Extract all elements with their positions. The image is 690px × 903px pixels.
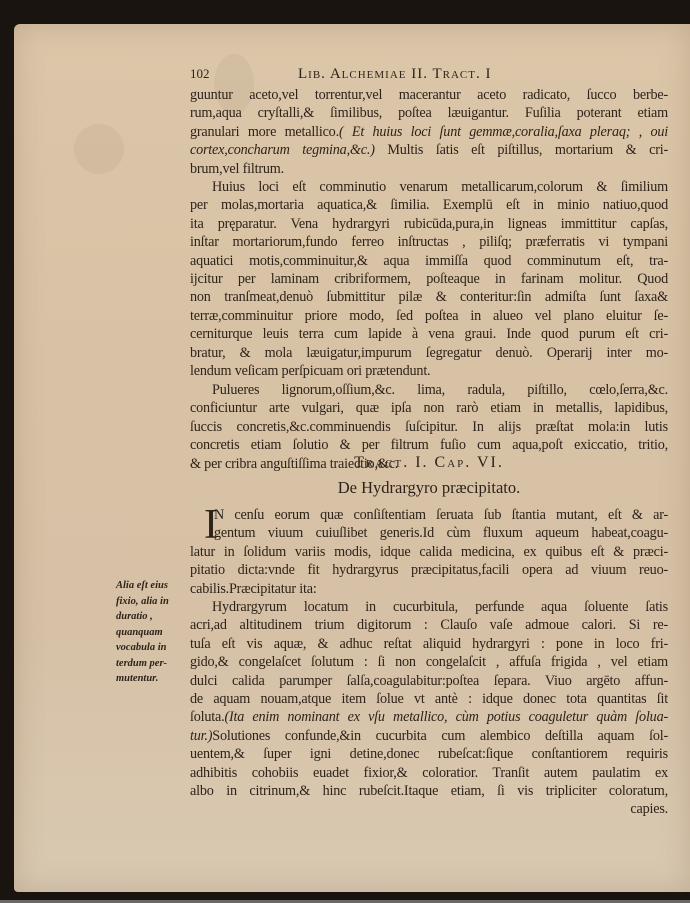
text-line: albo in citrinum,& hinc rubeſcit.Itaque … xyxy=(190,782,668,800)
text-line: ſuccis concretis,&c.comminuendis ſuſcipi… xyxy=(190,418,668,436)
text-line: granulari more metallico.( Et huius loci… xyxy=(190,123,668,141)
paragraph-census: N cenſu eorum quæ conſiſtentiam ſeruata … xyxy=(190,506,668,598)
text-line: non tranſmeat,denuò ſubmittitur pilæ & c… xyxy=(190,288,668,306)
page-number: 102 xyxy=(190,66,210,82)
text-line: gentum viuum cuiuſlibet generis.Id cùm f… xyxy=(190,524,668,542)
text-line: Hydrargyrum locatum in cucurbitula, perf… xyxy=(190,598,668,616)
italic-aside: (Ita enim nominant ex vſu metallico, cùm… xyxy=(224,709,668,725)
text-line: brum,vel filtrum. xyxy=(190,160,668,178)
text-line: pitatio dicta:vnde fit hydrargyrus præci… xyxy=(190,561,668,579)
page-stain xyxy=(74,124,124,174)
chapter-title: Tract. I. Cap. VI. xyxy=(190,454,668,472)
text-line: tuſa eſt vis aquæ, & adhuc reſtat aliqui… xyxy=(190,635,668,653)
text-line: capies. xyxy=(190,800,668,818)
italic-aside: ( Et huius loci ſunt gemmæ,coralia,ſaxa … xyxy=(339,124,668,140)
text-line: aquatici motis,comminuitur,& aqua immiſſ… xyxy=(190,252,668,270)
text-line: terræ,comminuitur priore modo, ſed poſte… xyxy=(190,307,668,325)
text-line: gido,& congelaſcet ſolutum : ſi non cong… xyxy=(190,653,668,671)
italic-aside: tur.) xyxy=(190,728,212,744)
text-line: acri,ad altitudinem trium digitorum : Cl… xyxy=(190,616,668,634)
text-line: lendum veſicam perſpicuam ori prætendunt… xyxy=(190,362,668,380)
text-line: per molas,mortaria aquatica,& ſimilia. E… xyxy=(190,196,668,214)
text-line: ita pręparatur. Vena hydrargyri rubicūda… xyxy=(190,215,668,233)
paragraph-hydrargyrum: Hydrargyrum locatum in cucurbitula, perf… xyxy=(190,598,668,819)
text-line: cerniturque leuis terra cum lapide à ven… xyxy=(190,325,668,343)
text-line: conficiuntur arte vulgari, quæ ipſa non … xyxy=(190,399,668,417)
text-line: Huius loci eſt comminutio venarum metall… xyxy=(190,178,668,196)
text-line: guuntur aceto,vel torrentur,vel macerant… xyxy=(190,86,668,104)
text-line: ſoluta.(Ita enim nominant ex vſu metalli… xyxy=(190,708,668,726)
text-line: rum,aqua cryſtalli,& ſimilibus, poſtea l… xyxy=(190,104,668,122)
text-line: cortex,concharum tegmina,&c.) Multis ſat… xyxy=(190,141,668,159)
paragraph-comminutio: Huius loci eſt comminutio venarum metall… xyxy=(190,178,668,380)
text-line: adhibitis cohobiis euadet fixior,& color… xyxy=(190,764,668,782)
text-line: dulci calida parumper ſalſa,coagulabitur… xyxy=(190,672,668,690)
text-line: tur.)Solutiones confunde,&in cucurbita c… xyxy=(190,727,668,745)
text-line: concretis etiam ſolutio & per filtrum fu… xyxy=(190,436,668,454)
text-line: Pulueres lignorum,oſſium,&c. lima, radul… xyxy=(190,381,668,399)
text-line: de aquam nouam,atque item ſolue vt antè … xyxy=(190,690,668,708)
text-line: latur in ſolidum variis modis, idque cal… xyxy=(190,543,668,561)
text-line: bratur, & mola læuigatur,impurum ſegrega… xyxy=(190,344,668,362)
text-line: N cenſu eorum quæ conſiſtentiam ſeruata … xyxy=(190,506,668,524)
chapter-subtitle: De Hydrargyro præcipitato. xyxy=(190,478,668,498)
paragraph-continued: guuntur aceto,vel torrentur,vel macerant… xyxy=(190,86,668,178)
text-line: uentem,& ſuper igni detine,donec rubeſca… xyxy=(190,745,668,763)
running-title: Lib. Alchemiae II. Tract. I xyxy=(298,66,491,83)
text-line: cabilis.Præcipitatur ita: xyxy=(190,580,668,598)
text-line: ijcitur per laminam cribriformem, poſtea… xyxy=(190,270,668,288)
italic-aside: cortex,concharum tegmina,&c.) xyxy=(190,142,375,158)
text-line: inſtar mortariorum,fundo ferreo inſtruct… xyxy=(190,233,668,251)
